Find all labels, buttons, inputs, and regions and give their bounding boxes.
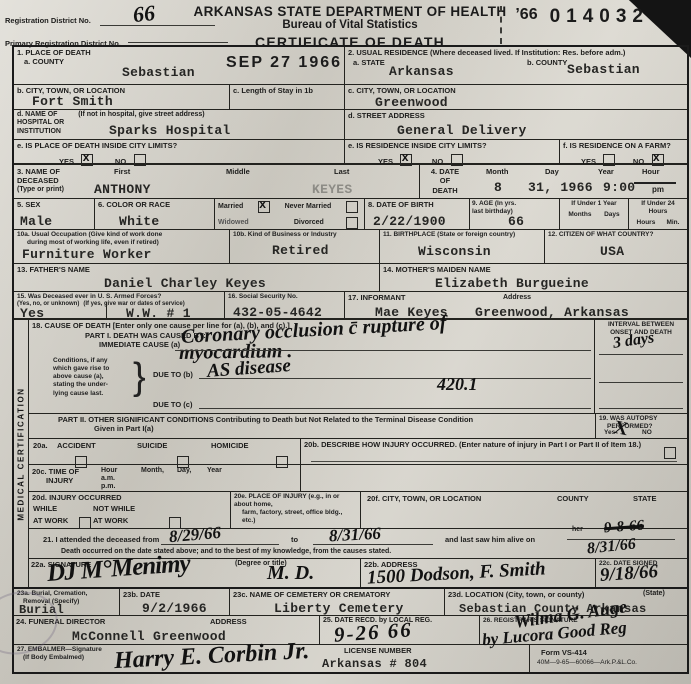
name-middle-header: Middle bbox=[226, 167, 250, 176]
cause-code: 420.1 bbox=[437, 374, 478, 395]
injury-writing-line bbox=[311, 461, 677, 462]
form-number: Form VS-414 bbox=[541, 648, 684, 657]
injury-occurred-label: 20d. INJURY OCCURRED bbox=[32, 493, 227, 502]
field-hospital: d. NAME OF HOSPITAL OR INSTITUTION (If n… bbox=[14, 110, 345, 139]
residence-county-label: b. COUNTY bbox=[527, 58, 567, 67]
under-24-min-sub: Min. bbox=[666, 219, 679, 227]
field-industry: 10b. Kind of Business or Industry Retire… bbox=[230, 230, 380, 263]
field-birthplace: 11. BIRTHPLACE (State or foreign country… bbox=[380, 230, 545, 263]
field-embalmer: 27. EMBALMER—Signature (If Body Embalmed… bbox=[14, 645, 530, 672]
interval-line-b bbox=[599, 382, 683, 383]
residence-county-value: Sebastian bbox=[567, 62, 640, 77]
cond-note-1: Conditions, if any bbox=[53, 357, 135, 365]
age-value: 66 bbox=[508, 214, 524, 229]
name-label-1: 3. NAME OF bbox=[17, 167, 64, 176]
time-injury-label-1: 20c. TIME OF bbox=[32, 467, 79, 476]
street-value: General Delivery bbox=[397, 123, 527, 138]
place-injury-label-2: farm, factory, street, office bldg., etc… bbox=[242, 509, 357, 525]
ssn-value: 432-05-4642 bbox=[233, 305, 322, 320]
death-month-value: 8 bbox=[494, 180, 502, 195]
birthplace-value: Wisconsin bbox=[418, 244, 491, 259]
cause-c-line bbox=[199, 408, 591, 409]
time-year-header: Year bbox=[207, 467, 222, 475]
name-last-header: Last bbox=[334, 167, 349, 176]
suicide-label: SUICIDE bbox=[137, 441, 167, 450]
forces-divider bbox=[106, 302, 107, 318]
certificate-form: 1. PLACE OF DEATH a. COUNTY Sebastian SE… bbox=[12, 45, 689, 674]
field-age: 9. AGE (In yrs. last birthday) 66 If Und… bbox=[470, 199, 687, 229]
title-block: ARKANSAS STATE DEPARTMENT OF HEALTH Bure… bbox=[155, 4, 545, 50]
marital-divorced-label: Divorced bbox=[294, 219, 324, 227]
forces-answer: Yes bbox=[20, 306, 44, 321]
race-label: 6. COLOR OR RACE bbox=[98, 200, 211, 209]
date-signed-value: 9/18/66 bbox=[599, 561, 658, 587]
not-while-label: NOT WHILE bbox=[93, 504, 135, 513]
autopsy-no-label: NO bbox=[642, 429, 652, 437]
time-month-header: Month, bbox=[141, 467, 164, 475]
under-24-hours-label: If Under 24 Hours bbox=[631, 200, 685, 216]
reg-district-value: 66 bbox=[132, 0, 157, 28]
field-injury-at-work: 20d. INJURY OCCURRED WHILE NOT WHILE AT … bbox=[29, 492, 231, 528]
death-hour-header: Hour bbox=[642, 167, 660, 176]
attended-from-line bbox=[161, 544, 279, 545]
death-hour-value: 9:00 bbox=[603, 180, 635, 195]
father-value: Daniel Charley Keyes bbox=[104, 276, 266, 291]
interval-label-1: INTERVAL BETWEEN bbox=[595, 321, 687, 329]
divorced-checkbox bbox=[346, 217, 358, 229]
death-date-label-1: 4. DATE bbox=[426, 167, 464, 176]
field-manner-checkboxes: 20a. ACCIDENT SUICIDE HOMICIDE bbox=[29, 439, 301, 464]
field-citizen: 12. CITIZEN OF WHAT COUNTRY? USA bbox=[545, 230, 687, 263]
field-residence-city-limits: e. IS RESIDENCE INSIDE CITY LIMITS? YES … bbox=[345, 140, 560, 163]
death-month-header: Month bbox=[486, 167, 509, 176]
field-date-signed: 22c. DATE SIGNED 9/18/66 bbox=[596, 559, 687, 587]
describe-injury-label: 20b. DESCRIBE HOW INJURY OCCURRED. (Ente… bbox=[304, 440, 684, 449]
name-label-3: (Type or print) bbox=[17, 186, 64, 194]
under-1-months-label: Months bbox=[568, 211, 591, 219]
occupation-label-1: 10a. Usual Occupation (Give kind of work… bbox=[17, 231, 226, 239]
medical-certification-section: MEDICAL CERTIFICATION INTERVAL BETWEEN O… bbox=[14, 320, 687, 589]
field-injury-blank bbox=[301, 465, 687, 491]
cemetery-value: Liberty Cemetery bbox=[274, 601, 404, 616]
field-name-of-deceased: 3. NAME OF DECEASED (Type or print) Firs… bbox=[14, 165, 420, 198]
sex-value: Male bbox=[20, 214, 52, 229]
field-residence-farm: f. IS RESIDENCE ON A FARM? YES NO x bbox=[560, 140, 687, 163]
residence-limits-yes-mark: x bbox=[401, 151, 408, 165]
time-pm-label: p.m. bbox=[101, 483, 115, 491]
death-year-header: Year bbox=[598, 167, 614, 176]
injury-county-label: COUNTY bbox=[557, 494, 589, 503]
attended-crossed-date: 9-8-66 bbox=[603, 518, 644, 538]
time-injury-label-2: INJURY bbox=[46, 476, 79, 485]
married-checkbox: x bbox=[258, 201, 270, 213]
sex-label: 5. SEX bbox=[17, 200, 91, 209]
hour-line bbox=[634, 182, 676, 184]
residence-title: 2. USUAL RESIDENCE (Where deceased lived… bbox=[348, 48, 684, 57]
while-label: WHILE bbox=[33, 504, 57, 513]
residence-city-value: Greenwood bbox=[375, 95, 448, 110]
attended-alive-value: 8/31/66 bbox=[586, 535, 637, 558]
cond-note-4: stating the under- bbox=[53, 381, 135, 389]
bureau-subtitle: Bureau of Vital Statistics bbox=[155, 19, 545, 31]
birth-label: 8. DATE OF BIRTH bbox=[368, 200, 466, 209]
field-date-of-birth: 8. DATE OF BIRTH 2/22/1900 bbox=[365, 199, 470, 229]
race-value: White bbox=[119, 214, 160, 229]
manner-prefix: 20a. bbox=[33, 441, 48, 450]
cause-a-line bbox=[175, 350, 591, 351]
field-time-of-injury: 20c. TIME OF INJURY Hour a.m. p.m. Month… bbox=[29, 465, 301, 491]
date-received-stamp: SEP 27 1966 bbox=[226, 54, 342, 72]
field-physician-address: 22b. ADDRESS 1500 Dodson, F. Smith bbox=[361, 559, 596, 587]
field-date-received: 25. DATE RECD. by LOCAL REG. 9-26 66 bbox=[320, 616, 480, 644]
death-date-label-3: DEATH bbox=[426, 186, 464, 195]
never-married-checkbox bbox=[346, 201, 358, 213]
stay-label: c. Length of Stay in 1b bbox=[233, 86, 341, 95]
hospital-label-1: d. NAME OF bbox=[17, 111, 64, 119]
attended-post: and last saw him alive on bbox=[445, 535, 535, 544]
field-occupation: 10a. Usual Occupation (Give kind of work… bbox=[14, 230, 230, 263]
field-marital-status: Married x Never Married Widowed Divorced bbox=[215, 199, 365, 229]
industry-value: Retired bbox=[272, 243, 329, 258]
name-label-2: DECEASED bbox=[17, 176, 64, 185]
informant-address: Greenwood, Arkansas bbox=[475, 305, 629, 320]
married-mark: x bbox=[259, 198, 266, 212]
field-sex: 5. SEX Male bbox=[14, 199, 95, 229]
death-certificate-scan: Registration District No. 66 Primary Reg… bbox=[0, 0, 691, 684]
mother-value: Elizabeth Burgueine bbox=[435, 276, 589, 291]
mother-label: 14. MOTHER'S MAIDEN NAME bbox=[383, 265, 684, 274]
name-first-header: First bbox=[114, 167, 130, 176]
field-ssn: 16. Social Security No. 432-05-4642 bbox=[225, 292, 345, 318]
interval-line-a bbox=[599, 354, 683, 355]
field-registrar-signature: 26. REGISTRAR'S SIGNATURE Wilma G. Auge … bbox=[480, 616, 687, 644]
date-received-value: 9-26 66 bbox=[333, 617, 413, 647]
field-armed-forces: 15. Was Deceased ever in U. S. Armed For… bbox=[14, 292, 225, 318]
part2-text-2: Given in Part I(a) bbox=[94, 424, 592, 433]
physician-degree: M. D. bbox=[267, 562, 314, 585]
at-work-label-2: AT WORK bbox=[93, 516, 128, 525]
field-cemetery: 23c. NAME OF CEMETERY OR CREMATORY Liber… bbox=[230, 589, 445, 615]
field-color-or-race: 6. COLOR OR RACE White bbox=[95, 199, 215, 229]
field-usual-residence: 2. USUAL RESIDENCE (Where deceased lived… bbox=[345, 47, 687, 84]
under-24-hours-sub: Hours bbox=[637, 219, 656, 227]
injury-state-label: STATE bbox=[633, 494, 656, 503]
industry-label: 10b. Kind of Business or Industry bbox=[233, 231, 376, 239]
hospital-value: Sparks Hospital bbox=[109, 123, 231, 138]
field-place-city: b. CITY, TOWN, OR LOCATION Fort Smith bbox=[14, 85, 230, 109]
residence-limits-label: e. IS RESIDENCE INSIDE CITY LIMITS? bbox=[348, 141, 556, 150]
father-label: 13. FATHER'S NAME bbox=[17, 265, 376, 274]
serial-number: ’66 014032 bbox=[500, 6, 649, 44]
citizen-value: USA bbox=[600, 244, 624, 259]
license-number-header: LICENSE NUMBER bbox=[344, 646, 412, 655]
burial-date-label: 23b. DATE bbox=[123, 590, 226, 599]
place-city-value: Fort Smith bbox=[32, 94, 113, 109]
birthplace-label: 11. BIRTHPLACE (State or foreign country… bbox=[383, 231, 541, 239]
death-date-label-2: OF bbox=[426, 176, 464, 185]
cause-immediate-label: IMMEDIATE CAUSE (a) bbox=[99, 340, 180, 349]
due-to-c-label: DUE TO (c) bbox=[153, 400, 192, 409]
field-physician-signature: 22a. SIGNATURE (Degree or title) DJ M°Me… bbox=[29, 559, 361, 587]
field-cause-of-death: INTERVAL BETWEEN ONSET AND DEATH 3 days … bbox=[29, 320, 687, 413]
marital-married-label: Married bbox=[218, 203, 243, 211]
field-burial-date: 23b. DATE 9/2/1966 bbox=[120, 589, 230, 615]
due-to-b-label: DUE TO (b) bbox=[153, 370, 193, 379]
department-title: ARKANSAS STATE DEPARTMENT OF HEALTH bbox=[155, 4, 545, 19]
citizen-label: 12. CITIZEN OF WHAT COUNTRY? bbox=[548, 231, 684, 239]
cemetery-state-note: (State) bbox=[643, 590, 665, 598]
name-first-value: ANTHONY bbox=[94, 182, 151, 197]
conditions-brace: } bbox=[133, 356, 146, 399]
at-work-label-1: AT WORK bbox=[33, 516, 68, 525]
field-street-address: d. STREET ADDRESS General Delivery bbox=[345, 110, 687, 139]
attended-her: her bbox=[572, 526, 583, 534]
death-ampm-value: pm bbox=[652, 185, 664, 195]
injury-city-label: 20f. CITY, TOWN, OR LOCATION bbox=[367, 494, 481, 503]
cond-note-2: which gave rise to bbox=[53, 365, 135, 373]
burial-date-value: 9/2/1966 bbox=[142, 601, 207, 616]
license-number-value: Arkansas # 804 bbox=[322, 657, 427, 671]
under-1-days-label: Days bbox=[604, 211, 620, 219]
place-limits-label: e. IS PLACE OF DEATH INSIDE CITY LIMITS? bbox=[17, 141, 341, 150]
field-place-of-death-county: 1. PLACE OF DEATH a. COUNTY Sebastian SE… bbox=[14, 47, 345, 84]
cond-note-3: above cause (a), bbox=[53, 373, 135, 381]
death-day-header: Day bbox=[545, 167, 559, 176]
forces-label: 15. Was Deceased ever in U. S. Armed For… bbox=[17, 293, 221, 301]
occupation-value: Furniture Worker bbox=[22, 247, 152, 262]
serial-year: ’66 bbox=[515, 6, 537, 24]
residence-state-label: a. STATE bbox=[353, 58, 385, 67]
attended-to-word: to bbox=[291, 535, 298, 544]
residence-state-value: Arkansas bbox=[389, 64, 454, 79]
autopsy-yes-mark: X bbox=[612, 417, 630, 441]
farm-no-mark: x bbox=[653, 151, 660, 165]
serial-value: 014032 bbox=[550, 6, 649, 28]
informant-address-header: Address bbox=[503, 294, 531, 302]
residence-city-label: c. CITY, TOWN, OR LOCATION bbox=[348, 86, 684, 95]
marital-widowed-label: Widowed bbox=[218, 219, 249, 227]
field-autopsy: 19. WAS AUTOPSY PERFORMED? Yes X NO bbox=[595, 414, 687, 438]
autopsy-label-1: 19. WAS AUTOPSY bbox=[599, 415, 684, 423]
while-checkbox bbox=[79, 517, 91, 529]
field-length-of-stay: c. Length of Stay in 1b bbox=[230, 85, 345, 109]
place-limits-yes-mark: x bbox=[82, 151, 89, 165]
ssn-label: 16. Social Security No. bbox=[228, 293, 341, 301]
medical-certification-label: MEDICAL CERTIFICATION bbox=[17, 387, 26, 520]
place-injury-label-1: 20e. PLACE OF INJURY (e.g., in or about … bbox=[234, 493, 357, 509]
interval-line-c bbox=[599, 408, 683, 409]
forces-war: W.W. # 1 bbox=[126, 306, 191, 321]
street-label: d. STREET ADDRESS bbox=[348, 111, 684, 120]
marital-never-label: Never Married bbox=[285, 203, 332, 211]
funeral-director-value: McConnell Greenwood bbox=[72, 629, 226, 644]
field-father-name: 13. FATHER'S NAME Daniel Charley Keyes bbox=[14, 264, 380, 291]
form-print-code: 40M—9-65—60066—Ark.P.&L.Co. bbox=[537, 659, 684, 667]
birth-value: 2/22/1900 bbox=[373, 214, 446, 229]
reg-district-label: Registration District No. bbox=[5, 16, 91, 25]
field-place-city-limits: e. IS PLACE OF DEATH INSIDE CITY LIMITS?… bbox=[14, 140, 345, 163]
field-interval: INTERVAL BETWEEN ONSET AND DEATH 3 days bbox=[594, 320, 687, 413]
homicide-label: HOMICIDE bbox=[211, 441, 249, 450]
attended-to-value: 8/31/66 bbox=[329, 524, 382, 547]
cond-note-5: lying cause last. bbox=[53, 390, 135, 398]
field-mother-name: 14. MOTHER'S MAIDEN NAME Elizabeth Burgu… bbox=[380, 264, 687, 291]
death-day-year-value: 31, 1966 bbox=[528, 180, 593, 195]
cause-conditions-note: Conditions, if any which gave rise to ab… bbox=[53, 357, 135, 398]
part2-text-1: PART II. OTHER SIGNIFICANT CONDITIONS Co… bbox=[58, 415, 592, 424]
funeral-address-header: ADDRESS bbox=[210, 617, 247, 626]
name-last-value: KEYES bbox=[312, 182, 353, 197]
field-form-number: Form VS-414 40M—9-65—60066—Ark.P.&L.Co. bbox=[530, 645, 687, 672]
cemetery-label: 23c. NAME OF CEMETERY OR CREMATORY bbox=[233, 590, 441, 599]
attended-pre: 21. I attended the deceased from bbox=[43, 535, 159, 544]
field-date-of-death: 4. DATE OF DEATH Month Day Year Hour 8 3… bbox=[420, 165, 687, 198]
medical-certification-strip: MEDICAL CERTIFICATION bbox=[14, 320, 29, 587]
time-day-header: Day, bbox=[177, 467, 191, 475]
accident-label: ACCIDENT bbox=[57, 441, 96, 450]
attended-to-line bbox=[313, 544, 433, 545]
field-place-of-injury: 20e. PLACE OF INJURY (e.g., in or about … bbox=[231, 492, 361, 528]
field-part2-conditions: PART II. OTHER SIGNIFICANT CONDITIONS Co… bbox=[29, 414, 595, 438]
cause-b-line bbox=[199, 378, 591, 379]
residence-farm-label: f. IS RESIDENCE ON A FARM? bbox=[563, 141, 684, 150]
place-county-value: Sebastian bbox=[122, 65, 195, 80]
field-residence-city: c. CITY, TOWN, OR LOCATION Greenwood bbox=[345, 85, 687, 109]
under-1-year-label: If Under 1 Year bbox=[562, 200, 626, 208]
hospital-label-2: HOSPITAL OR bbox=[17, 119, 64, 127]
field-describe-injury: 20b. DESCRIBE HOW INJURY OCCURRED. (Ente… bbox=[301, 439, 687, 464]
age-label-1: 9. AGE (In yrs. bbox=[472, 200, 557, 208]
hospital-label-3: INSTITUTION bbox=[17, 128, 64, 136]
